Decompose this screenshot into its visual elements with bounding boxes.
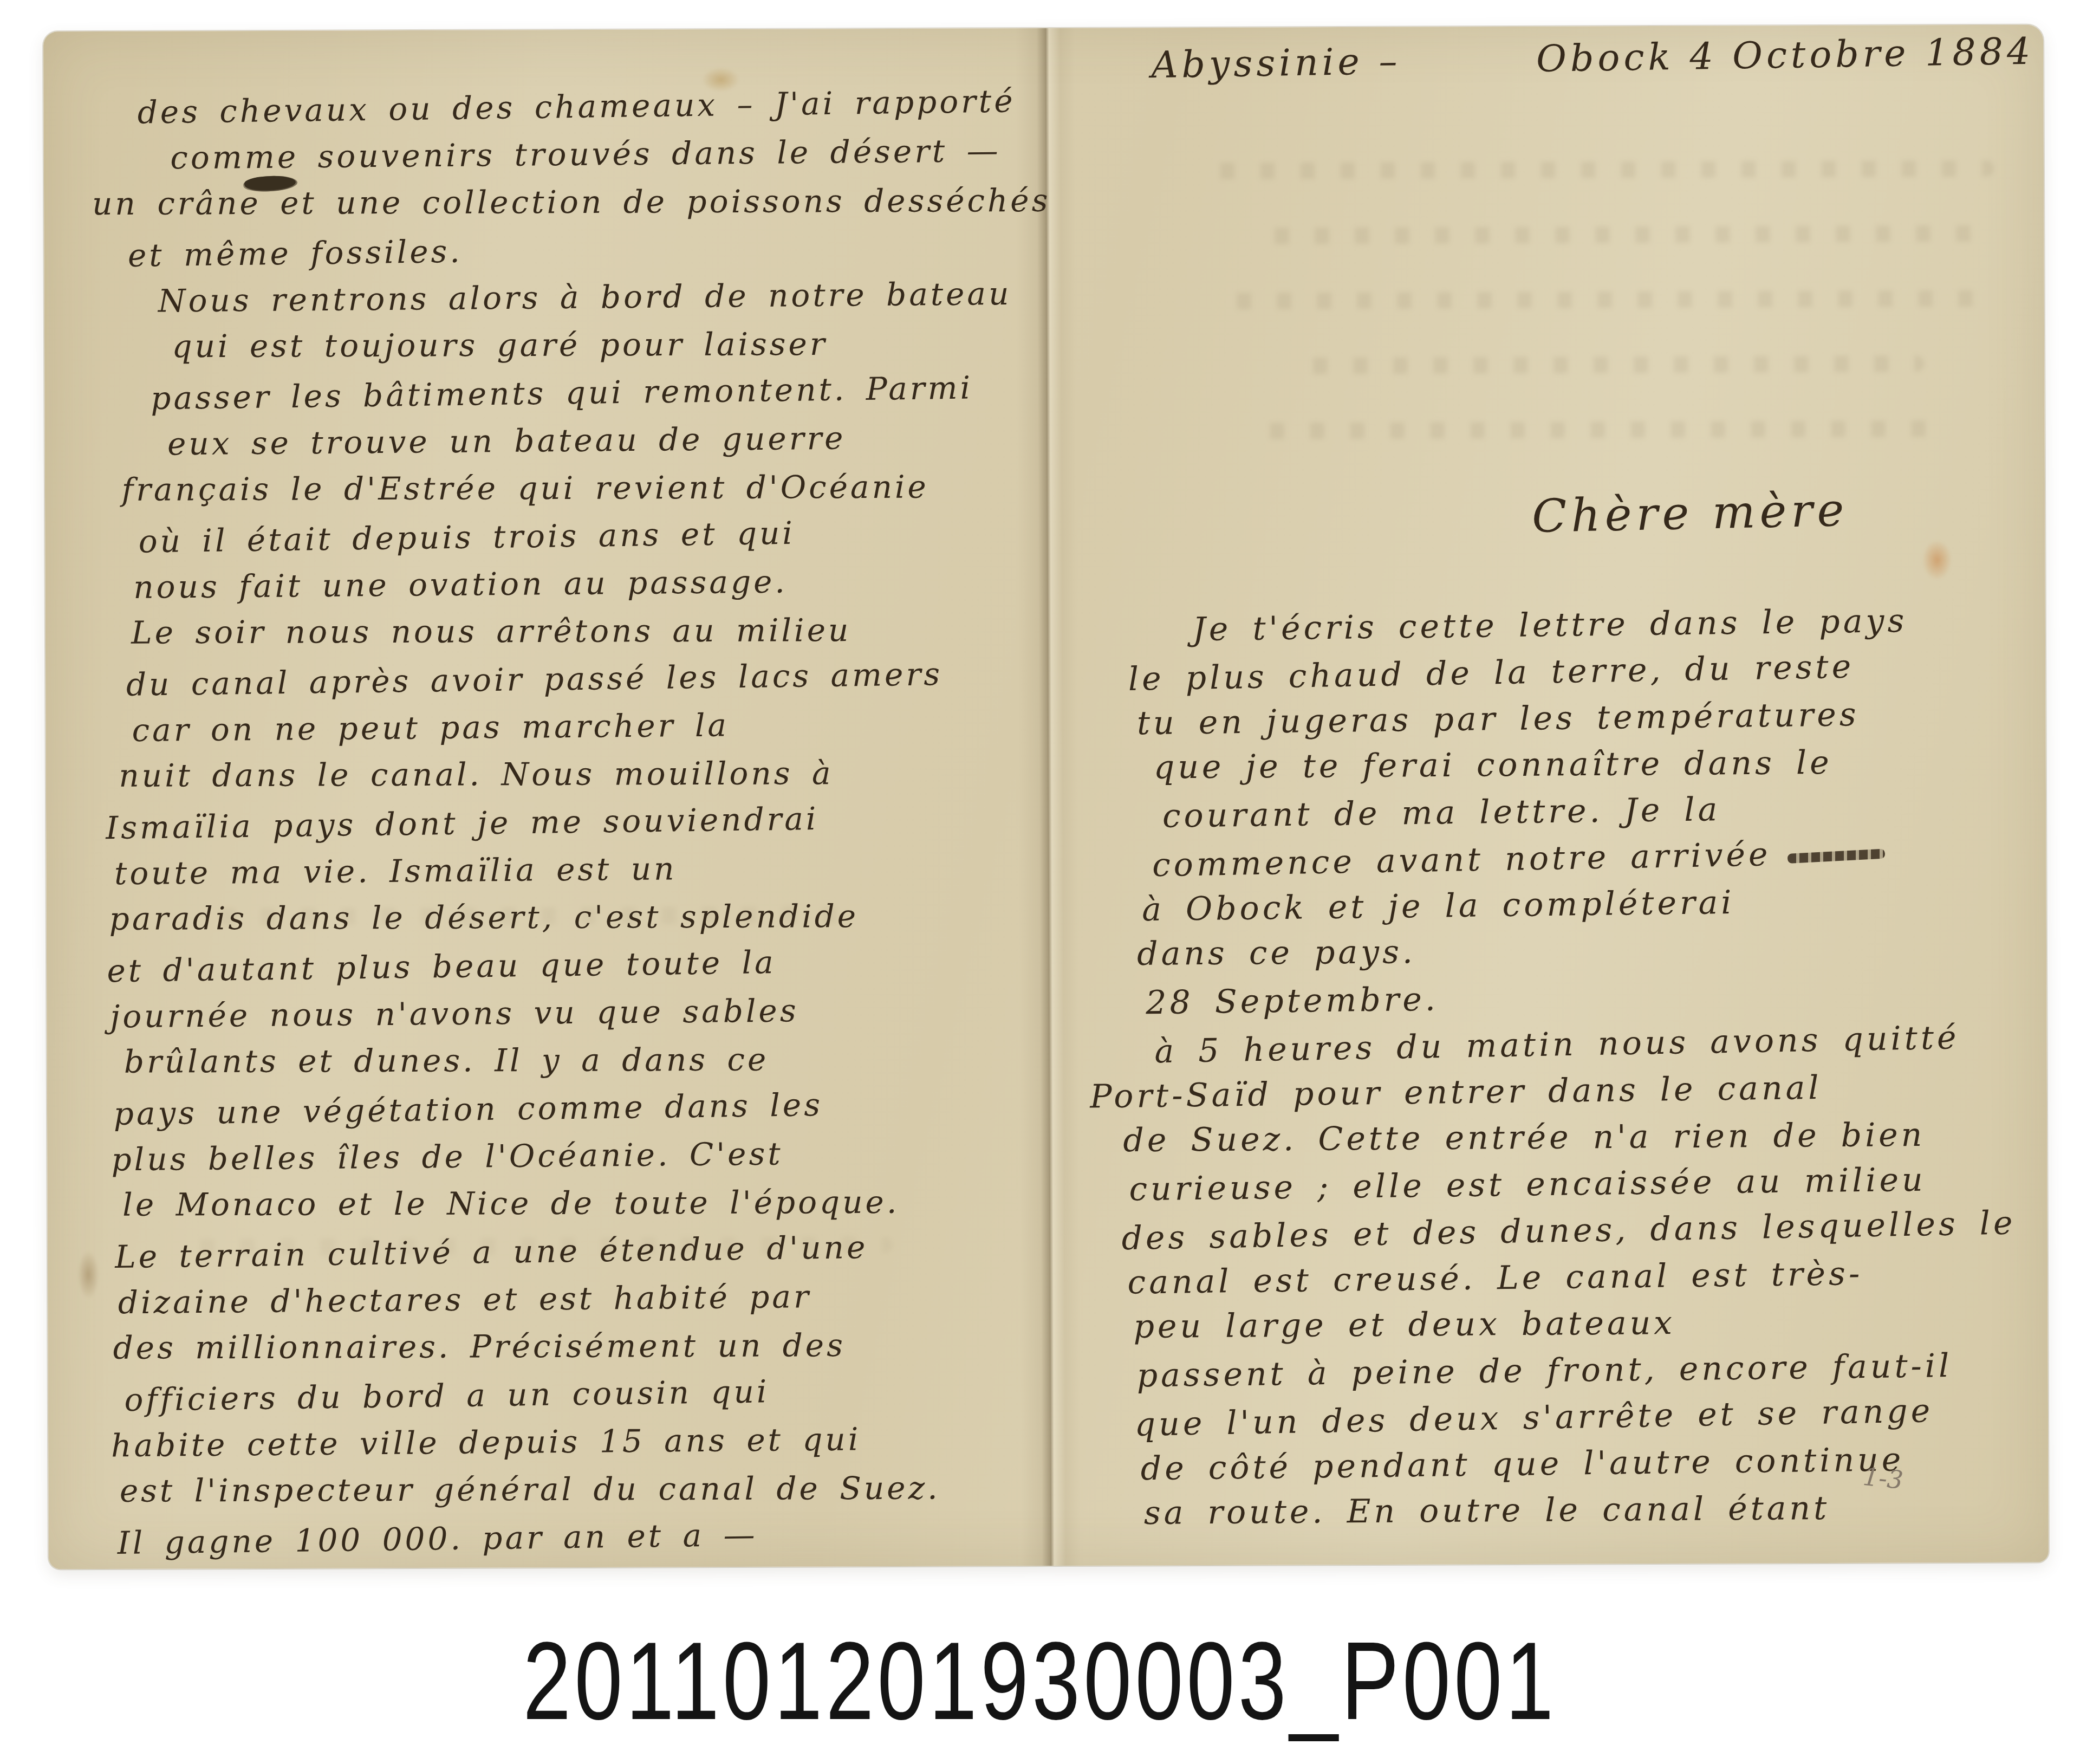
letter-line: Port-Saïd pour entrer dans le canal [1090,1069,1822,1116]
letter-line: et d'autant plus beau que toute la [107,944,776,989]
letter-line: habite cette ville depuis 15 ans et qui [111,1421,861,1464]
letter-line: de côté pendant que l'autre continue [1140,1441,1904,1488]
letter-line: le plus chaud de la terre, du reste [1128,648,1854,698]
letter-line: des sables et des dunes, dans lesquelles… [1121,1204,2016,1257]
bleedthrough-ghost [1301,355,1924,374]
crossed-out-word [1787,849,1885,864]
letter-line: qui est toujours garé pour laisser [172,326,827,365]
bleedthrough-ghost [1258,420,1935,439]
catalog-code: 201101201930003_P001 [523,1617,1557,1745]
letter-line: nuit dans le canal. Nous mouillons à [119,755,833,794]
letter-line: eux se trouve un bateau de guerre [167,420,846,463]
letter-line: passer les bâtiments qui remontent. Parm… [151,369,973,417]
letter-line: dans ce pays. [1137,933,1416,973]
paper-stain [1922,540,1952,580]
letter-line: toute ma vie. Ismaïlia est un [114,850,677,892]
letter-line: commence avant notre arrivée [1152,835,1772,884]
letter-line: plus belles îles de l'Océanie. C'est [111,1136,783,1178]
right-page-text: Je t'écris cette lettre dans le pays le … [1084,596,2054,1539]
letter-line: que je te ferai connaître dans le [1154,744,1832,787]
letter-line: Ismaïlia pays dont je me souviendrai [106,800,819,846]
letter-line: brûlants et dunes. Il y a dans ce [124,1041,769,1080]
letter-line: et même fossiles. [128,233,463,274]
letter-line: des chevaux ou des chameaux – J'ai rappo… [137,82,1016,131]
letter-header: Abyssinie – Obock 4 Octobre 1884 [1151,30,2034,87]
letter-line: à Obock et je la compléterai [1142,884,1735,929]
letter-line: Le soir nous nous arrêtons au milieu [131,612,851,651]
letter-line: courant de ma lettre. Je la [1162,790,1721,835]
letter-line: est l'inspecteur général du canal de Sue… [120,1470,940,1509]
letter-line: de Suez. Cette entrée n'a rien de bien [1123,1116,1926,1159]
bleedthrough-ghost [1225,290,1984,309]
letter-line: le Monaco et le Nice de toute l'époque. [122,1184,899,1223]
letter-line: peu large et deux bateaux [1133,1304,1675,1346]
letter-line: comme souvenirs trouvés dans le désert — [170,132,1001,176]
pencil-page-marker: 1-3 [1862,1462,1904,1495]
header-region: Abyssinie – [1151,40,1401,87]
catalog-caption: 201101201930003_P001 [0,1617,2080,1745]
letter-line: des millionnaires. Précisément un des [113,1327,846,1366]
letter-line: paradis dans le désert, c'est splendide [109,898,859,937]
letter-line: tu en jugeras par les températures [1137,696,1860,742]
letter-line: où il était depuis trois ans et qui [138,515,795,560]
letter-line: sa route. En outre le canal étant [1144,1489,1830,1532]
letter-line: nous fait une ovation au passage. [133,563,788,606]
letter-line: dizaine d'hectares et est habité par [118,1278,811,1321]
section-date-line: 28 Septembre. [1146,981,1439,1022]
letter-line: passent à peine de front, encore faut-il [1136,1347,1952,1395]
letter-line: français le d'Estrée qui revient d'Océan… [122,469,929,508]
letter-line: que l'un des deux s'arrête et se range [1134,1392,1934,1444]
letter-line: un crâne et une collection de poissons d… [92,182,1050,222]
salutation: Chère mère [1531,483,1849,543]
letter-line: à 5 heures du matin nous avons quitté [1154,1019,1960,1071]
letter-line: officiers du bord a un cousin qui [124,1373,770,1418]
letter-line: du canal après avoir passé les lacs amer… [126,656,942,703]
letter-line: canal est creusé. Le canal est très- [1127,1255,1863,1302]
letter-line: Je t'écris cette lettre dans le pays [1192,602,1907,648]
letter-line: journée nous n'avons vu que sables [110,992,799,1035]
letter-scan-spread: Abyssinie – Obock 4 Octobre 1884 des che… [43,25,2049,1570]
bleedthrough-ghost [1208,160,1994,179]
letter-line: pays une végétation comme dans les [113,1086,823,1132]
letter-line: Le terrain cultivé a une étendue d'une [115,1229,868,1275]
left-page-text: des chevaux ou des chameaux – J'ai rappo… [75,79,1046,1565]
header-place-date: Obock 4 Octobre 1884 [1536,30,2034,81]
letter-line: curieuse ; elle est encaissée au milieu [1129,1161,1926,1209]
bleedthrough-ghost [1263,225,1994,244]
letter-line: Nous rentrons alors à bord de notre bate… [158,275,1011,320]
letter-line: Il gagne 100 000. par an et a — [117,1516,758,1561]
letter-line: car on ne peut pas marcher la [132,706,729,749]
